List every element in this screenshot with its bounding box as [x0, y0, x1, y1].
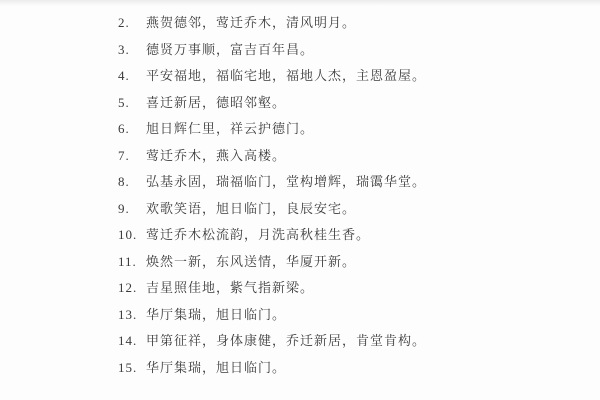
list-item: 12.吉星照佳地，紫气指新梁。	[118, 275, 426, 302]
item-number: 7.	[118, 143, 142, 170]
list-item: 7.莺迁乔木，燕入高楼。	[118, 143, 426, 170]
list-item: 4.平安福地，福临宅地，福地人杰，主恩盈屋。	[118, 63, 426, 90]
item-text: 甲第征祥，身体康健，乔迁新居，肯堂肯构。	[146, 329, 426, 356]
list-item: 3.德贤万事顺，富吉百年昌。	[118, 37, 426, 64]
item-number: 11.	[118, 249, 142, 276]
list-item: 10.莺迁乔木松流韵，月洗高秋桂生香。	[118, 222, 426, 249]
item-number: 6.	[118, 116, 142, 143]
page-top-edge	[0, 0, 600, 6]
item-text: 燕贺德邻，莺迁乔木，清风明月。	[146, 11, 356, 38]
item-text: 莺迁乔木松流韵，月洗高秋桂生香。	[146, 223, 370, 250]
item-text: 德贤万事顺，富吉百年昌。	[146, 38, 314, 65]
item-text: 华厅集瑞，旭日临门。	[146, 303, 286, 330]
item-number: 3.	[118, 37, 142, 64]
item-number: 10.	[118, 222, 142, 249]
item-text: 喜迁新居，德昭邻壑。	[146, 91, 286, 118]
list-item: 5.喜迁新居，德昭邻壑。	[118, 90, 426, 117]
item-text: 欢歌笑语，旭日临门，良辰安宅。	[146, 197, 356, 224]
list-item: 9.欢歌笑语，旭日临门，良辰安宅。	[118, 196, 426, 223]
item-number: 5.	[118, 90, 142, 117]
greeting-list: 2.燕贺德邻，莺迁乔木，清风明月。 3.德贤万事顺，富吉百年昌。 4.平安福地，…	[118, 10, 426, 381]
list-item: 11.焕然一新，东风送情，华厦开新。	[118, 249, 426, 276]
list-item: 2.燕贺德邻，莺迁乔木，清风明月。	[118, 10, 426, 37]
list-item: 8.弘基永固，瑞福临门，堂构增辉，瑞霭华堂。	[118, 169, 426, 196]
document-page: 2.燕贺德邻，莺迁乔木，清风明月。 3.德贤万事顺，富吉百年昌。 4.平安福地，…	[0, 0, 600, 400]
item-number: 13.	[118, 302, 142, 329]
item-number: 8.	[118, 169, 142, 196]
item-number: 4.	[118, 63, 142, 90]
item-text: 吉星照佳地，紫气指新梁。	[146, 276, 314, 303]
item-number: 14.	[118, 328, 142, 355]
list-item: 6.旭日辉仁里，祥云护德门。	[118, 116, 426, 143]
item-number: 12.	[118, 275, 142, 302]
list-item: 13.华厅集瑞，旭日临门。	[118, 302, 426, 329]
list-item: 14.甲第征祥，身体康健，乔迁新居，肯堂肯构。	[118, 328, 426, 355]
item-text: 弘基永固，瑞福临门，堂构增辉，瑞霭华堂。	[146, 170, 426, 197]
item-text: 焕然一新，东风送情，华厦开新。	[146, 250, 356, 277]
list-item: 15.华厅集瑞，旭日临门。	[118, 355, 426, 382]
item-text: 莺迁乔木，燕入高楼。	[146, 144, 286, 171]
item-number: 15.	[118, 355, 142, 382]
item-text: 旭日辉仁里，祥云护德门。	[146, 117, 314, 144]
item-number: 2.	[118, 10, 142, 37]
item-text: 平安福地，福临宅地，福地人杰，主恩盈屋。	[146, 64, 426, 91]
item-text: 华厅集瑞，旭日临门。	[146, 356, 286, 383]
item-number: 9.	[118, 196, 142, 223]
